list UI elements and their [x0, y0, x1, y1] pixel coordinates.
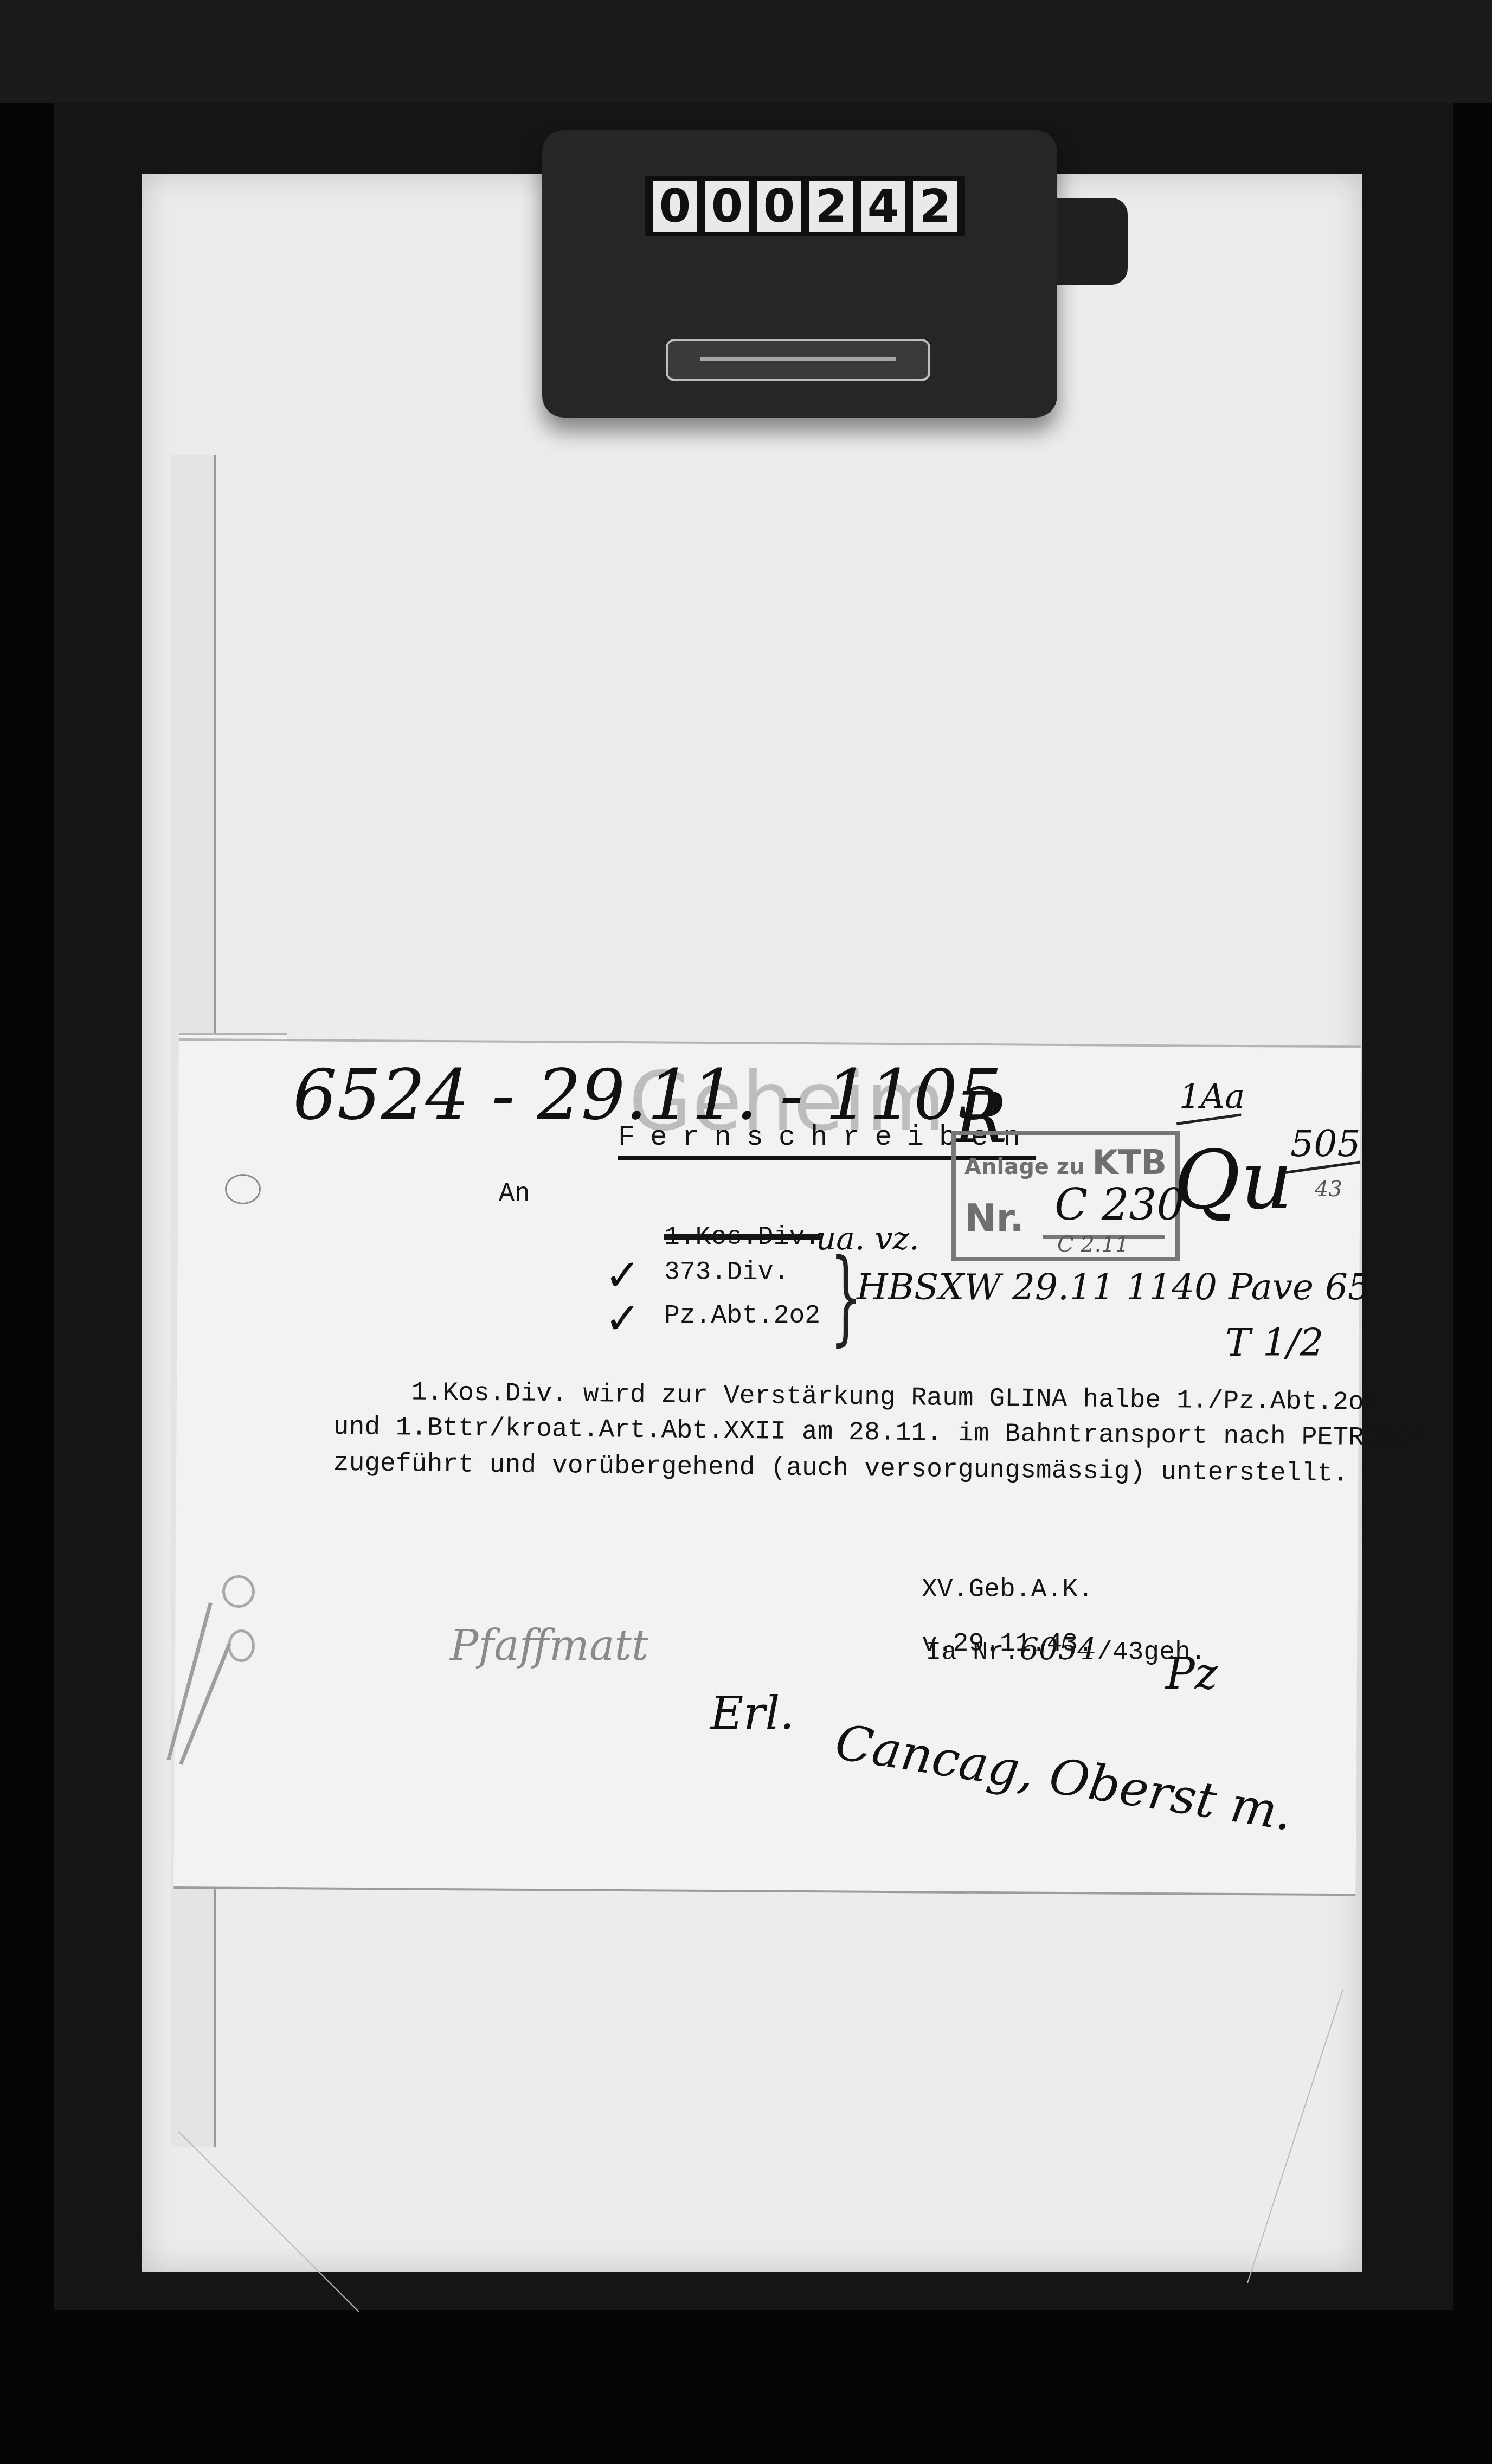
nameplate-engraving: [700, 357, 896, 361]
counter-digit: 2: [809, 181, 853, 232]
paper-clip-loop: [228, 1629, 255, 1662]
paper-clip-loop: [222, 1575, 255, 1608]
counter-nameplate: [666, 339, 930, 381]
stamp-number: C 230: [1054, 1179, 1184, 1230]
signature-prefix: Erl.: [710, 1686, 794, 1740]
counter-digit: 0: [705, 181, 749, 232]
pencil-note: Pfaffmatt: [450, 1621, 648, 1670]
counter-digit: 0: [653, 181, 697, 232]
stamp-prefix: Anlage zu: [964, 1154, 1085, 1179]
microfilm-border-top: [0, 0, 1492, 103]
initials: Pz: [1166, 1648, 1218, 1699]
checkmark-icon: ✓: [604, 1293, 641, 1344]
fraction-bottom: 43: [1315, 1177, 1342, 1202]
stamp-number-sub: C 2.11: [1057, 1232, 1129, 1257]
qu-signature: Qu: [1174, 1133, 1293, 1228]
counter-digit: 4: [861, 181, 905, 232]
stamp-heading: Anlage zu KTB: [964, 1143, 1167, 1182]
counter-display: 0 0 0 2 4 2: [645, 176, 965, 236]
counter-digit: 0: [757, 181, 801, 232]
stamp-nr-label: Nr.: [964, 1196, 1024, 1240]
transmission-note-2: T 1/2: [1225, 1320, 1324, 1365]
stamp-ktb: KTB: [1092, 1143, 1167, 1182]
handwritten-code: 1Aa: [1179, 1076, 1245, 1116]
sender-unit: XV.Geb.A.K.: [922, 1575, 1094, 1605]
recipient: 373.Div.: [664, 1258, 789, 1287]
fraction-top: 505: [1290, 1122, 1361, 1165]
counter-digit: 2: [913, 181, 957, 232]
counter-knob: [1057, 198, 1128, 285]
sender-date: v.29.11.43.: [922, 1629, 1094, 1659]
staple-hole-mark: [225, 1174, 261, 1204]
recipient: Pz.Abt.2o2: [664, 1301, 820, 1331]
recipient-struck: 1.Kos.Div.: [664, 1223, 820, 1252]
transmission-note: HBSXW 29.11 1140 Pave 65: [857, 1266, 1371, 1308]
recipient-label: An: [499, 1179, 530, 1209]
